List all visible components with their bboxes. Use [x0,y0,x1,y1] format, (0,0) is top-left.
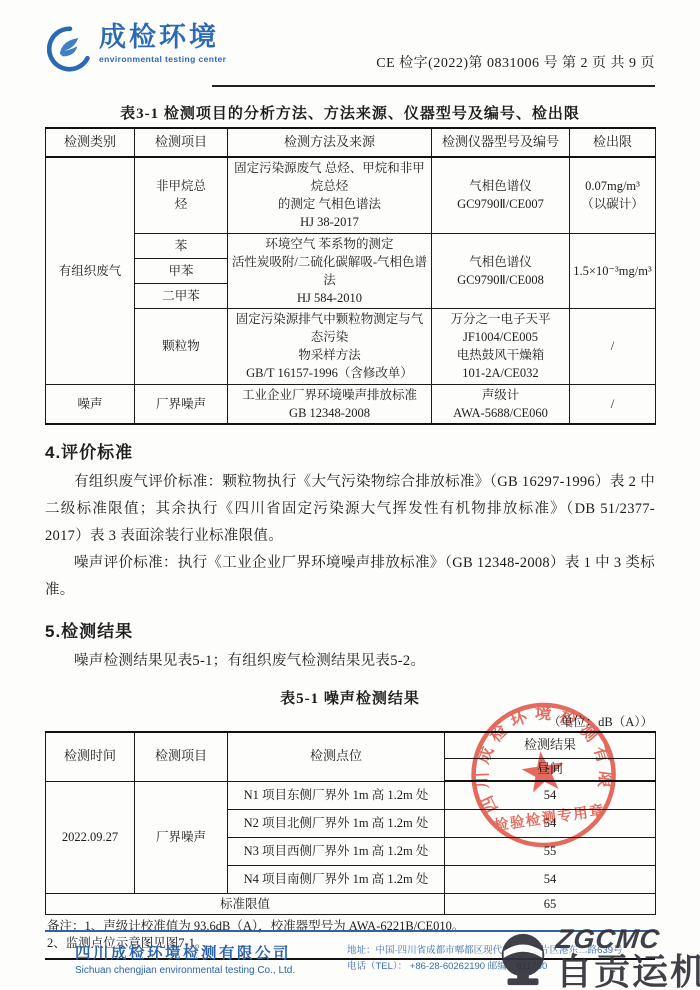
limit-cell: 1.5×10⁻³mg/m³ [570,233,656,309]
limit-value-cell: 65 [445,893,656,914]
point-cell: N2 项目北侧厂界外 1m 高 1.2m 处 [228,809,445,837]
item-cell: 厂界噪声 [135,781,228,893]
value-cell: 54 [445,865,656,893]
item-cell: 苯 [135,233,228,258]
limit-cell: 0.07mg/m³ （以碳计） [570,157,656,233]
limit-cell: / [570,309,656,385]
winch-logo-icon [494,930,552,988]
col-header-method: 检测方法及来源 [228,128,432,157]
noise-results-table: 检测时间 检测项目 检测点位 检测结果 昼间 2022.09.27 厂界噪声 N… [45,731,656,915]
value-cell: 54 [445,809,656,837]
method-cell: 工业企业厂界环境噪声排放标准 GB 12348-2008 [228,384,432,424]
watermark-text: ZGCMC 自贡运机 [556,926,700,990]
limit-cell: / [570,384,656,424]
watermark-line2: 自贡运机 [556,954,700,990]
instrument-cell: 声级计 AWA-5688/CE060 [432,384,570,424]
col-header-instrument: 检测仪器型号及编号 [432,128,570,157]
table3-title: 表3-1 检测项目的分析方法、方法来源、仪器型号及编号、检出限 [45,102,655,123]
watermark-line1: ZGCMC [555,926,662,953]
section4-paragraph1: 有组织废气评价标准：颗粒物执行《大气污染物综合排放标准》（GB 16297-19… [45,469,655,550]
table-header-row: 检测类别 检测项目 检测方法及来源 检测仪器型号及编号 检出限 [46,128,656,157]
col-header-result: 检测结果 [445,732,656,758]
table5-unit-label: （单位：dB（A）） [45,712,653,730]
limit-row: 标准限值 65 [46,893,656,914]
table-header-row: 检测时间 检测项目 检测点位 检测结果 [46,732,656,758]
point-cell: N4 项目南侧厂界外 1m 高 1.2m 处 [228,865,445,893]
item-cell: 二甲苯 [135,283,228,308]
time-cell: 2022.09.27 [46,781,135,893]
item-cell: 厂界噪声 [135,384,228,424]
company-logo: 成检环境 environmental testing center [47,22,226,72]
method-cell: 固定污染源废气 总烃、甲烷和非甲烷总烃 的测定 气相色谱法 HJ 38-2017 [228,157,432,233]
logo-text: 成检环境 environmental testing center [99,22,226,64]
category-cell: 有组织废气 [46,157,135,384]
point-cell: N3 项目西侧厂界外 1m 高 1.2m 处 [228,837,445,865]
item-cell: 非甲烷总 烃 [135,157,228,233]
table-row: 颗粒物 固定污染源排气中颗粒物测定与气态污染 物采样方法 GB/T 16157-… [46,309,656,385]
col-header-item: 检测项目 [135,128,228,157]
page-header: 成检环境 environmental testing center CE 检字(… [45,16,655,86]
limit-label-cell: 标准限值 [46,893,445,914]
item-cell: 颗粒物 [135,309,228,385]
footer-company-en: Sichuan chengjian environmental testing … [75,965,335,976]
zgcmc-watermark: ZGCMC 自贡运机 [494,926,700,990]
section4-heading: 4.评价标准 [45,438,655,463]
item-cell: 甲苯 [135,258,228,283]
footer-company-block: 四川成检环境检测有限公司 Sichuan chengjian environme… [75,941,335,976]
footer-company-cn: 四川成检环境检测有限公司 [75,941,335,963]
table-row: 有组织废气 非甲烷总 烃 固定污染源废气 总烃、甲烷和非甲烷总烃 的测定 气相色… [46,157,656,233]
instrument-cell: 气相色谱仪 GC9790Ⅱ/CE007 [432,157,570,233]
table-row: 噪声 厂界噪声 工业企业厂界环境噪声排放标准 GB 12348-2008 声级计… [46,384,656,424]
value-cell: 54 [445,781,656,809]
point-cell: N1 项目东侧厂界外 1m 高 1.2m 处 [228,781,445,809]
header-divider [212,85,655,87]
leaf-e-logo-icon [47,26,93,72]
analysis-methods-table: 检测类别 检测项目 检测方法及来源 检测仪器型号及编号 检出限 有组织废气 非甲… [45,127,656,425]
table-row: 2022.09.27 厂界噪声 N1 项目东侧厂界外 1m 高 1.2m 处 5… [46,781,656,809]
section5-heading: 5.检测结果 [45,617,655,642]
method-cell: 环境空气 苯系物的测定 活性炭吸附/二硫化碳解吸-气相色谱法 HJ 584-20… [228,233,432,309]
instrument-cell: 气相色谱仪 GC9790Ⅱ/CE008 [432,233,570,309]
col-header-item: 检测项目 [135,732,228,781]
value-cell: 55 [445,837,656,865]
logo-cn-text: 成检环境 [99,22,226,52]
table-row: 苯 环境空气 苯系物的测定 活性炭吸附/二硫化碳解吸-气相色谱法 HJ 584-… [46,233,656,258]
section5-paragraph: 噪声检测结果见表5-1；有组织废气检测结果见表5-2。 [45,648,655,675]
table5-title: 表5-1 噪声检测结果 [45,687,655,708]
col-header-daytime: 昼间 [445,758,656,781]
document-number: CE 检字(2022)第 0831006 号 第 2 页 共 9 页 [376,52,655,72]
method-cell: 固定污染源排气中颗粒物测定与气态污染 物采样方法 GB/T 16157-1996… [228,309,432,385]
col-header-point: 检测点位 [228,732,445,781]
report-page: 成检环境 environmental testing center CE 检字(… [0,0,700,990]
section4-paragraph2: 噪声评价标准：执行《工业企业厂界环境噪声排放标准》（GB 12348-2008）… [45,550,655,604]
category-cell: 噪声 [46,384,135,424]
col-header-time: 检测时间 [46,732,135,781]
report-body: 表3-1 检测项目的分析方法、方法来源、仪器型号及编号、检出限 检测类别 检测项… [45,96,655,960]
logo-en-text: environmental testing center [99,54,226,64]
col-header-category: 检测类别 [46,128,135,157]
col-header-limit: 检出限 [570,128,656,157]
instrument-cell: 万分之一电子天平 JF1004/CE005 电热鼓风干燥箱 101-2A/CE0… [432,309,570,385]
